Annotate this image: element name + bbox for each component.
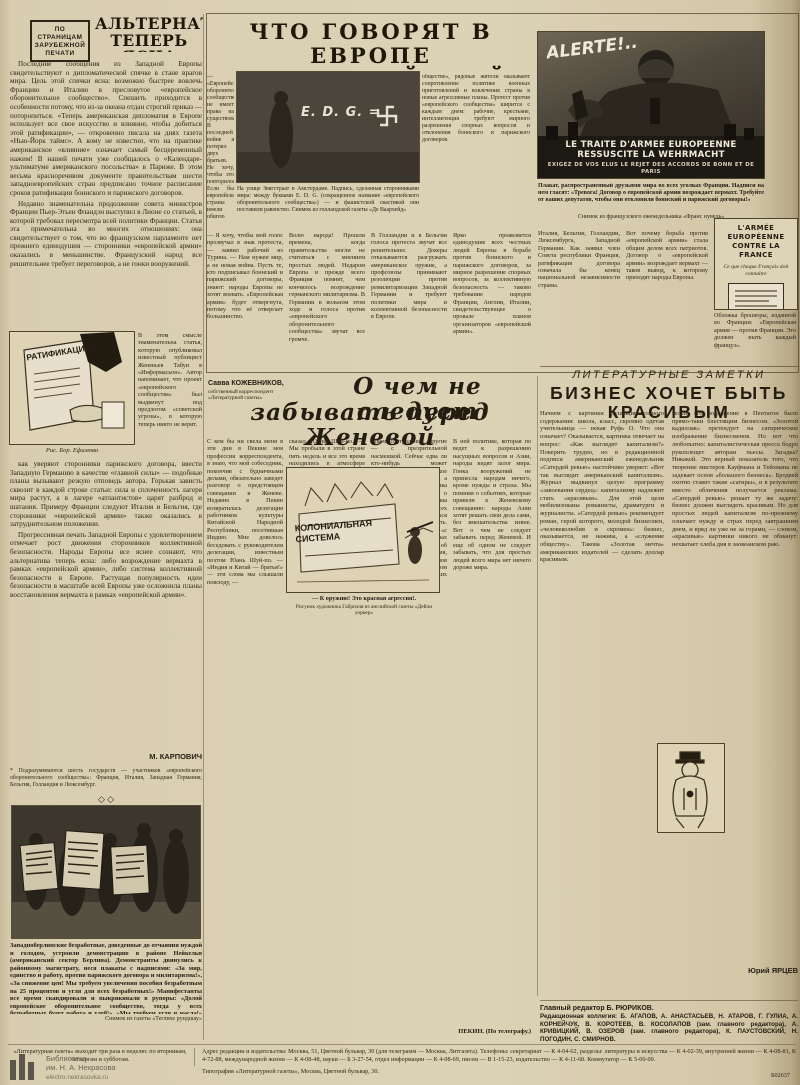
graffiti-chalk-text: E. D. G. = <box>301 106 381 120</box>
europe-col-right: обществе», рядовые жители оказывают сопр… <box>422 74 530 218</box>
geneva-col-4: В ней политике, которая по ведет к разре… <box>453 438 531 1018</box>
left-article-wrap-text: В этом смысле знаменательна статья, кото… <box>138 332 202 444</box>
brochure-caption: Обложка брошюры, изданной во Франции: «Е… <box>714 312 796 364</box>
footer-rule <box>8 1044 796 1045</box>
footer-address: Адрес редакции и издательства: Москва, 5… <box>202 1048 796 1066</box>
colonial-cartoon-caption: — К оружию! Это красная агрессия!. <box>289 595 439 602</box>
kicker-box: ПО СТРАНИЦАМ ЗАРУБЕЖНОЙ ПЕЧАТИ <box>30 20 90 62</box>
europe-headline-line1: ЧТО ГОВОРЯТ В ЕВРОПЕ <box>249 20 492 68</box>
library-logo-icon <box>10 1054 40 1080</box>
geneva-author: Савва КОЖЕВНИКОВ, <box>208 380 308 389</box>
watermark-url: electro.nekrasovka.ru <box>46 1074 108 1081</box>
editorial-block: Главный редактор Б. РЮРИКОВ. Редакционна… <box>540 1000 798 1043</box>
demonstration-photo-caption: Западноберлинские безработные, доведенны… <box>10 942 202 1014</box>
geneva-col-1: С кем бы ни свела меня в эти дни в Пекин… <box>207 438 283 1034</box>
brochure-title-line1: L'ARMÉE EUROPÉENNE <box>715 224 797 242</box>
footer-typography: Типография «Литературной газеты», Москва… <box>202 1068 602 1076</box>
brochure-subtitle: Ce que chaque Français doit connaître <box>715 264 797 278</box>
colonial-system-cartoon: КОЛОНИАЛЬНАЯ СИСТЕМА <box>287 468 439 592</box>
graffiti-photo: E. D. G. = <box>237 72 419 182</box>
capitalist-cartoon-drawing <box>658 744 724 832</box>
europe-bottom-col-2: Волю народа! Прошли времена, когда прави… <box>289 232 365 368</box>
newspaper-page: ПО СТРАНИЦАМ ЗАРУБЕЖНОЙ ПЕЧАТИ АЛЬТЕРНАТ… <box>0 0 800 1085</box>
geneva-byline-block: Савва КОЖЕВНИКОВ, собственный корреспонд… <box>208 380 308 401</box>
literary-notes-header: ЛИТЕРАТУРНЫЕ ЗАМЕТКИ <box>540 366 798 382</box>
left-paragraph-4: Прогрессивная печать Западной Европы с у… <box>10 531 202 600</box>
column-rule-left <box>203 14 204 1040</box>
poster-slogan-line1: LE TRAITÉ D'ARMÉE EUROPÉENNE RESSUSCITE … <box>540 140 762 160</box>
europe-right-col-1: Италия, Бельгии, Голландии, Люксембурга,… <box>538 230 620 366</box>
library-watermark: Библиотека им. Н. А. Некрасова electro.n… <box>10 1052 190 1082</box>
poster-slogan-line2: EXIGEZ DE VOS ÉLUS LE REJET DES ACCORDS … <box>544 162 758 176</box>
brochure-cover-thumbnail <box>728 283 784 310</box>
chief-editor-line: Главный редактор Б. РЮРИКОВ. <box>540 1004 798 1013</box>
left-article-body-1: Последние сообщения из Западной Европы с… <box>10 60 202 328</box>
business-byline: Юрий ЯРЦЕВ <box>672 966 798 975</box>
business-col-2: телей, его водворение в Пентагон было пр… <box>672 410 798 962</box>
left-article-body-2: как уверяют сторонники парижского догово… <box>10 460 202 748</box>
left-paragraph-2: Недавно знаменательна продолжение совета… <box>10 200 202 269</box>
europe-headline-line2: О „ЕВРОПЕЙСКОЙ АРМИИ“ <box>232 67 509 70</box>
brochure-title-line2: CONTRE LA FRANCE <box>715 242 797 260</box>
europe-bottom-col-1: — Я хочу, чтобы мой голос прозвучал в зн… <box>207 232 283 368</box>
graffiti-photo-drawing <box>237 72 419 182</box>
europe-right-col-2: Вот почему борьба против «европейской ар… <box>626 230 708 366</box>
capitalist-cartoon <box>658 744 724 832</box>
europe-bottom-col-4: Ярко проявляется единодушие всех честных… <box>453 232 531 368</box>
demonstration-photo-credit: Снимок из газеты «Теглихе рундшау» <box>10 1016 202 1023</box>
watermark-line2: им. Н. А. Некрасова <box>46 1063 116 1072</box>
watermark-line1: Библиотека <box>46 1054 87 1063</box>
brochure-box: L'ARMÉE EUROPÉENNE CONTRE LA FRANCE Ce q… <box>714 218 798 310</box>
watermark-text: Библиотека им. Н. А. Некрасова electro.n… <box>46 1054 186 1082</box>
alerte-poster: ALERTE!.. LE TRAITÉ D'ARMÉE EUROPÉENNE R… <box>538 32 764 178</box>
ratification-cartoon: РАТИФИКАЦИЯ <box>10 332 134 444</box>
literary-notes-label: ЛИТЕРАТУРНЫЕ ЗАМЕТКИ <box>540 369 798 382</box>
footer-print-code: Б02637 <box>740 1072 790 1080</box>
left-article-headline: АЛЬТЕРНАТИВА ТЕПЕРЬ ЯСНА <box>95 16 203 52</box>
demonstration-photo-drawing <box>12 806 200 938</box>
ratification-cartoon-credit: Рис. Бор. Ефимова <box>10 447 134 455</box>
europe-bottom-col-3: В Голландии и в Бельгии голоса протеста … <box>371 232 447 368</box>
column-rule-right <box>537 376 538 996</box>
colonial-cartoon-credit: Рисунок художника Габриэля из английской… <box>289 604 439 617</box>
europe-col-left: — «Европейское оборонительное сообщество… <box>207 74 234 218</box>
left-article-footnote: * Подразумеваются шесть государств — уча… <box>10 768 202 794</box>
editorial-board-line: Редакционная коллегия: Б. АГАПОВ, А. АНА… <box>540 1013 798 1043</box>
business-col-1: Начнем с картинки душещипательного содер… <box>540 410 664 995</box>
geneva-dateline: ПЕКИН. (По телеграфу.) <box>410 1028 531 1036</box>
unemployed-demonstration-photo <box>12 806 200 938</box>
left-paragraph-1: Последние сообщения из Западной Европы с… <box>10 60 202 198</box>
poster-caption: Плакат, распространенный друзьями мира в… <box>538 183 764 213</box>
left-headline-line2: ТЕПЕРЬ ЯСНА <box>110 31 187 53</box>
brochure-cover-lines <box>729 284 783 310</box>
left-article-byline: М. КАРПОВИЧ <box>10 752 202 761</box>
graffiti-photo-caption: На улице Звягстраат в Амстердаме. Надпис… <box>237 186 419 228</box>
section-divider: ◇ ◇ <box>10 794 202 804</box>
europe-article-headline: ЧТО ГОВОРЯТ В ЕВРОПЕ О „ЕВРОПЕЙСКОЙ АРМИ… <box>210 20 532 70</box>
left-paragraph-3: как уверяют сторонники парижского догово… <box>10 460 202 529</box>
